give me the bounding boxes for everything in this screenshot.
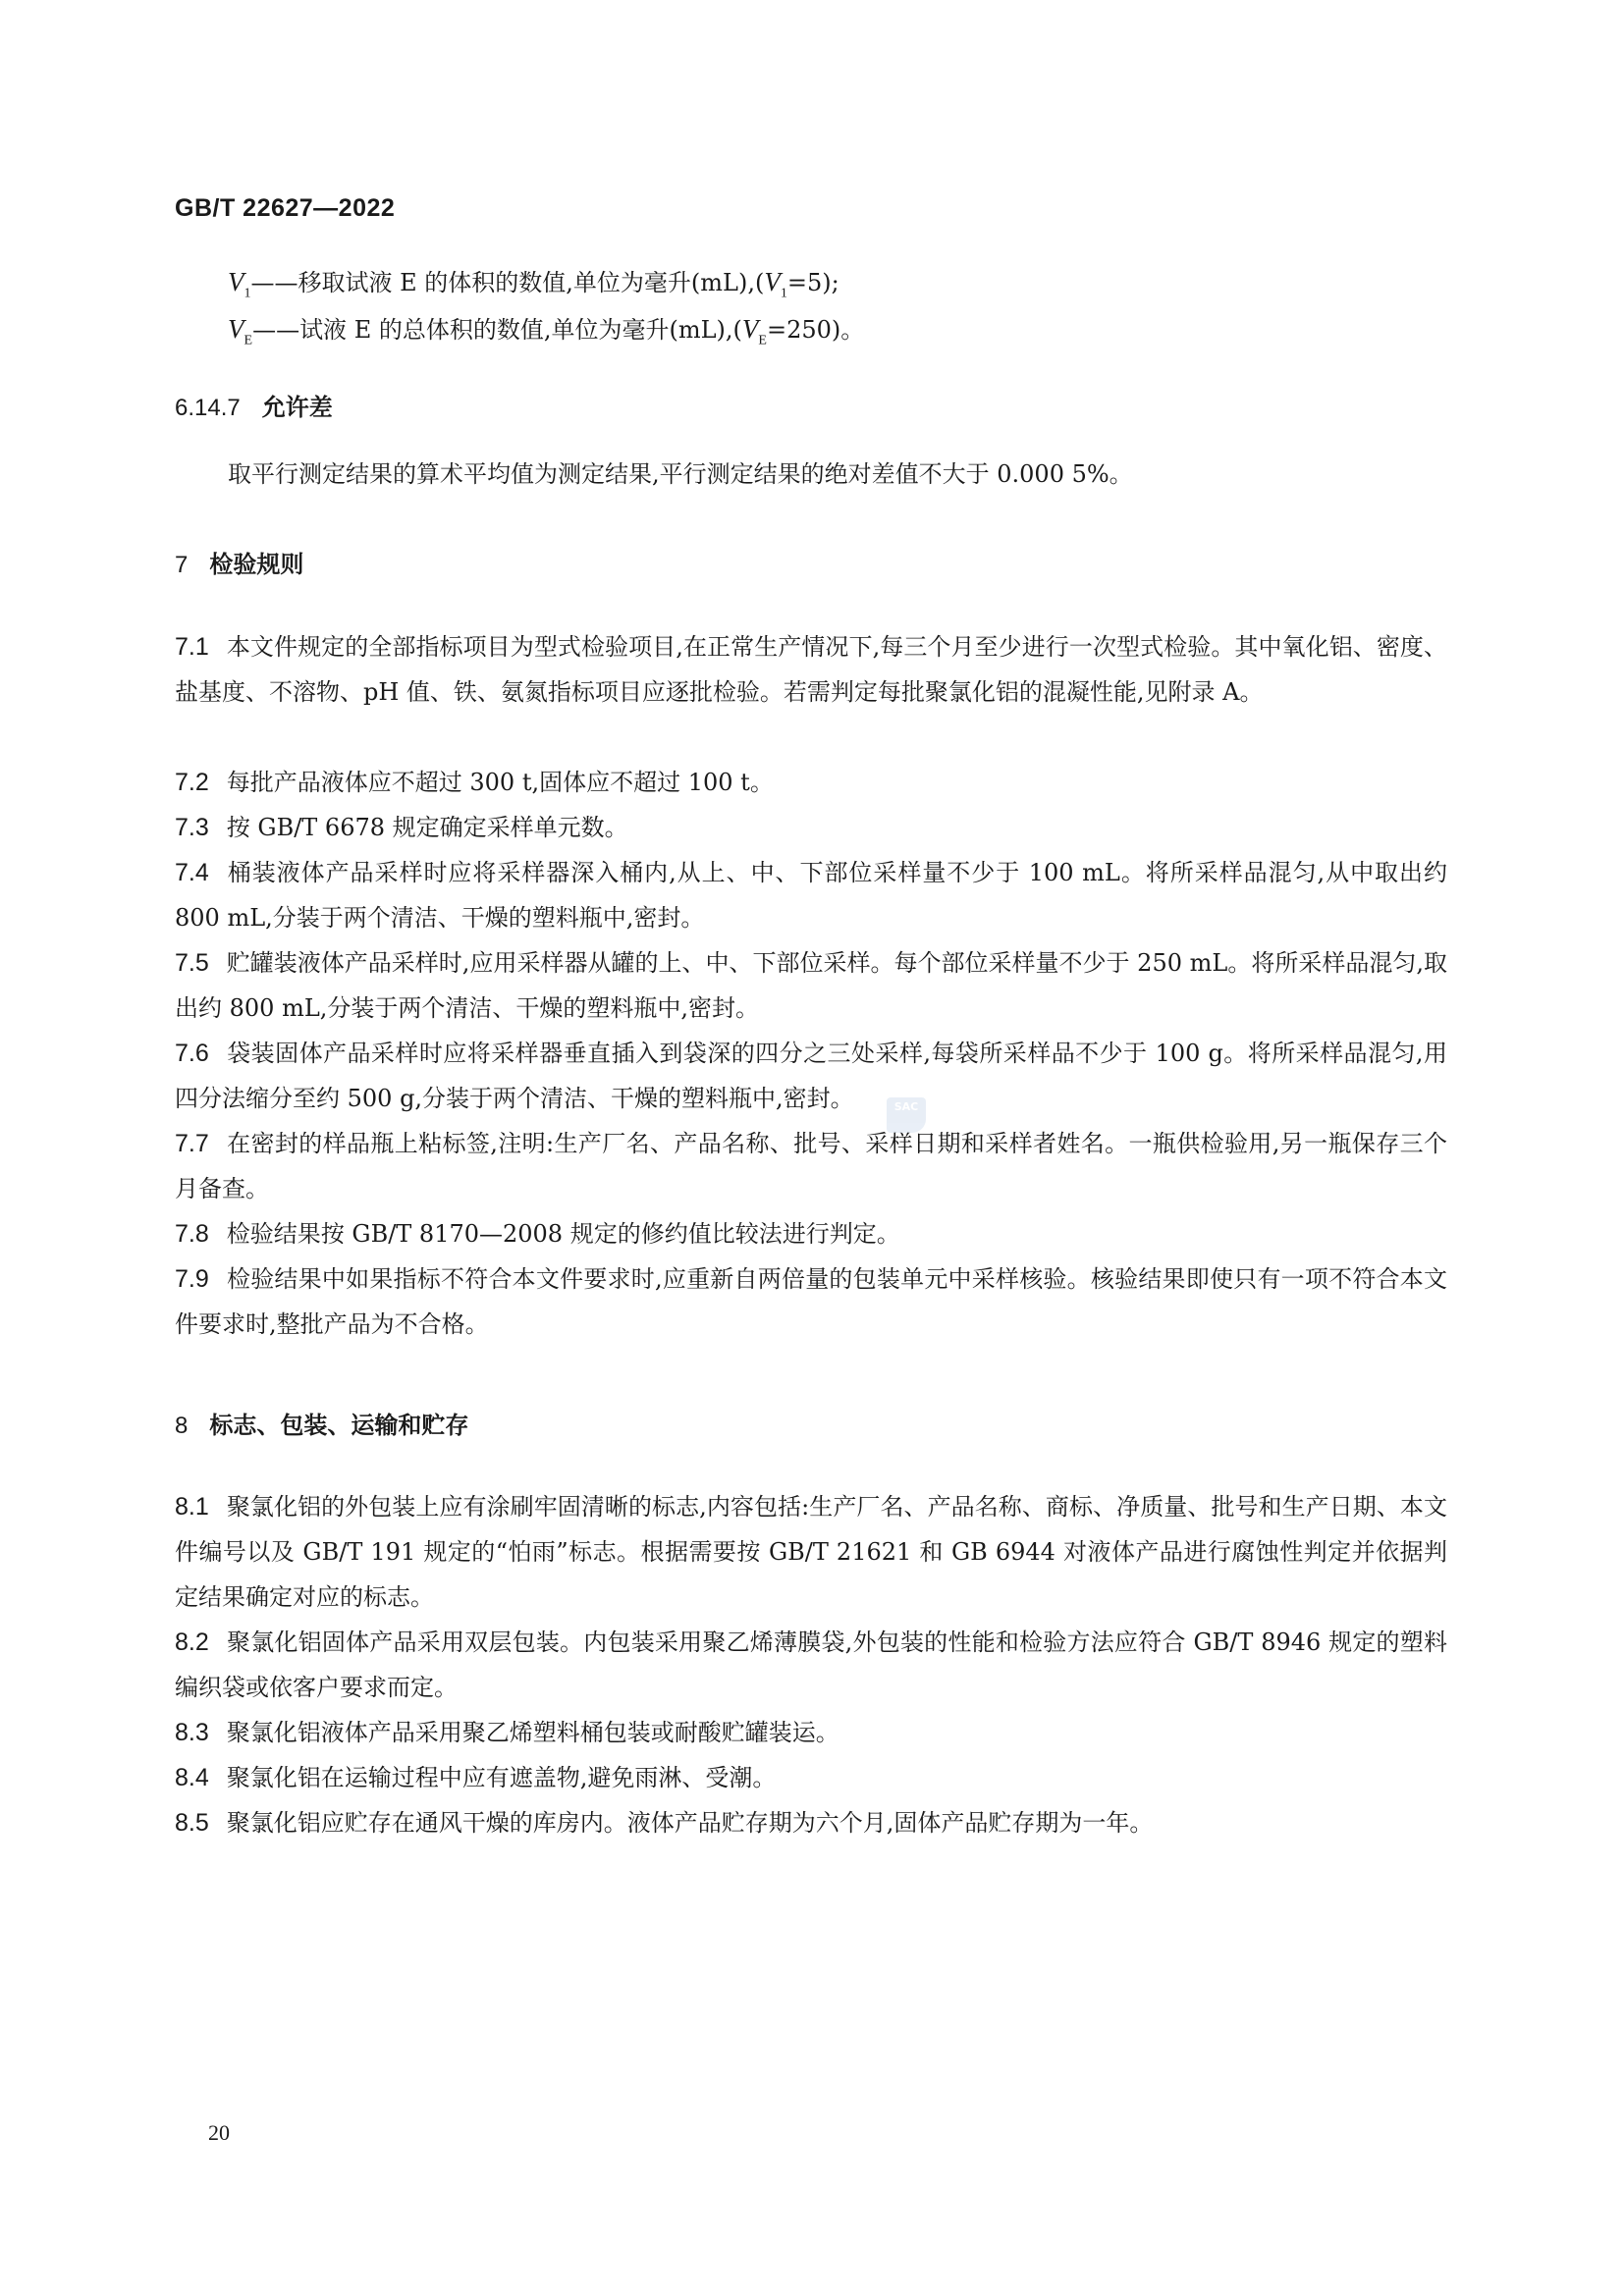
clause-8-2: 8.2聚氯化铝固体产品采用双层包装。内包装采用聚乙烯薄膜袋,外包装的性能和检验方… <box>175 1620 1447 1710</box>
standard-code-header: GB/T 22627—2022 <box>175 194 395 223</box>
clause-7-4: 7.4桶装液体产品采样时应将采样器深入桶内,从上、中、下部位采样量不少于 100… <box>175 850 1447 940</box>
variable-definition-ve: VE——试液 E 的总体积的数值,单位为毫升(mL),(VE=250)。 <box>228 310 864 348</box>
clause-7-2: 7.2每批产品液体应不超过 300 t,固体应不超过 100 t。 <box>175 760 1447 805</box>
clause-7-7: 7.7在密封的样品瓶上粘标签,注明:生产厂名、产品名称、批号、采样日期和采样者姓… <box>175 1121 1447 1211</box>
clause-7-5: 7.5贮罐装液体产品采样时,应用采样器从罐的上、中、下部位采样。每个部位采样量不… <box>175 940 1447 1031</box>
clause-8-1: 8.1聚氯化铝的外包装上应有涂刷牢固清晰的标志,内容包括:生产厂名、产品名称、商… <box>175 1484 1447 1620</box>
page-number: 20 <box>208 2120 230 2146</box>
clause-7-6: 7.6袋装固体产品采样时应将采样器垂直插入到袋深的四分之三处采样,每袋所采样品不… <box>175 1031 1447 1121</box>
section-heading-6-14-7: 6.14.7允许差 <box>175 388 333 422</box>
clause-8-5: 8.5聚氯化铝应贮存在通风干燥的库房内。液体产品贮存期为六个月,固体产品贮存期为… <box>175 1800 1447 1845</box>
clause-7-3: 7.3按 GB/T 6678 规定确定采样单元数。 <box>175 805 1447 850</box>
clause-8-4: 8.4聚氯化铝在运输过程中应有遮盖物,避免雨淋、受潮。 <box>175 1755 1447 1800</box>
paragraph-6-14-7: 取平行测定结果的算术平均值为测定结果,平行测定结果的绝对差值不大于 0.000 … <box>228 454 1133 489</box>
section-heading-8: 8标志、包装、运输和贮存 <box>175 1406 468 1440</box>
sac-watermark-icon: SAC <box>887 1097 926 1133</box>
clause-7-9: 7.9检验结果中如果指标不符合本文件要求时,应重新自两倍量的包装单元中采样核验。… <box>175 1256 1447 1347</box>
clause-7-8: 7.8检验结果按 GB/T 8170—2008 规定的修约值比较法进行判定。 <box>175 1211 1447 1256</box>
variable-symbol: VE <box>228 314 252 344</box>
clause-7-1: 7.1本文件规定的全部指标项目为型式检验项目,在正常生产情况下,每三个月至少进行… <box>175 624 1447 715</box>
document-page: GB/T 22627—2022 V1——移取试液 E 的体积的数值,单位为毫升(… <box>0 0 1624 2296</box>
clause-8-3: 8.3聚氯化铝液体产品采用聚乙烯塑料桶包装或耐酸贮罐装运。 <box>175 1710 1447 1755</box>
variable-symbol: V1 <box>228 267 251 296</box>
variable-definition-v1: V1——移取试液 E 的体积的数值,单位为毫升(mL),(V1=5); <box>228 263 839 301</box>
section-heading-7: 7检验规则 <box>175 545 303 579</box>
